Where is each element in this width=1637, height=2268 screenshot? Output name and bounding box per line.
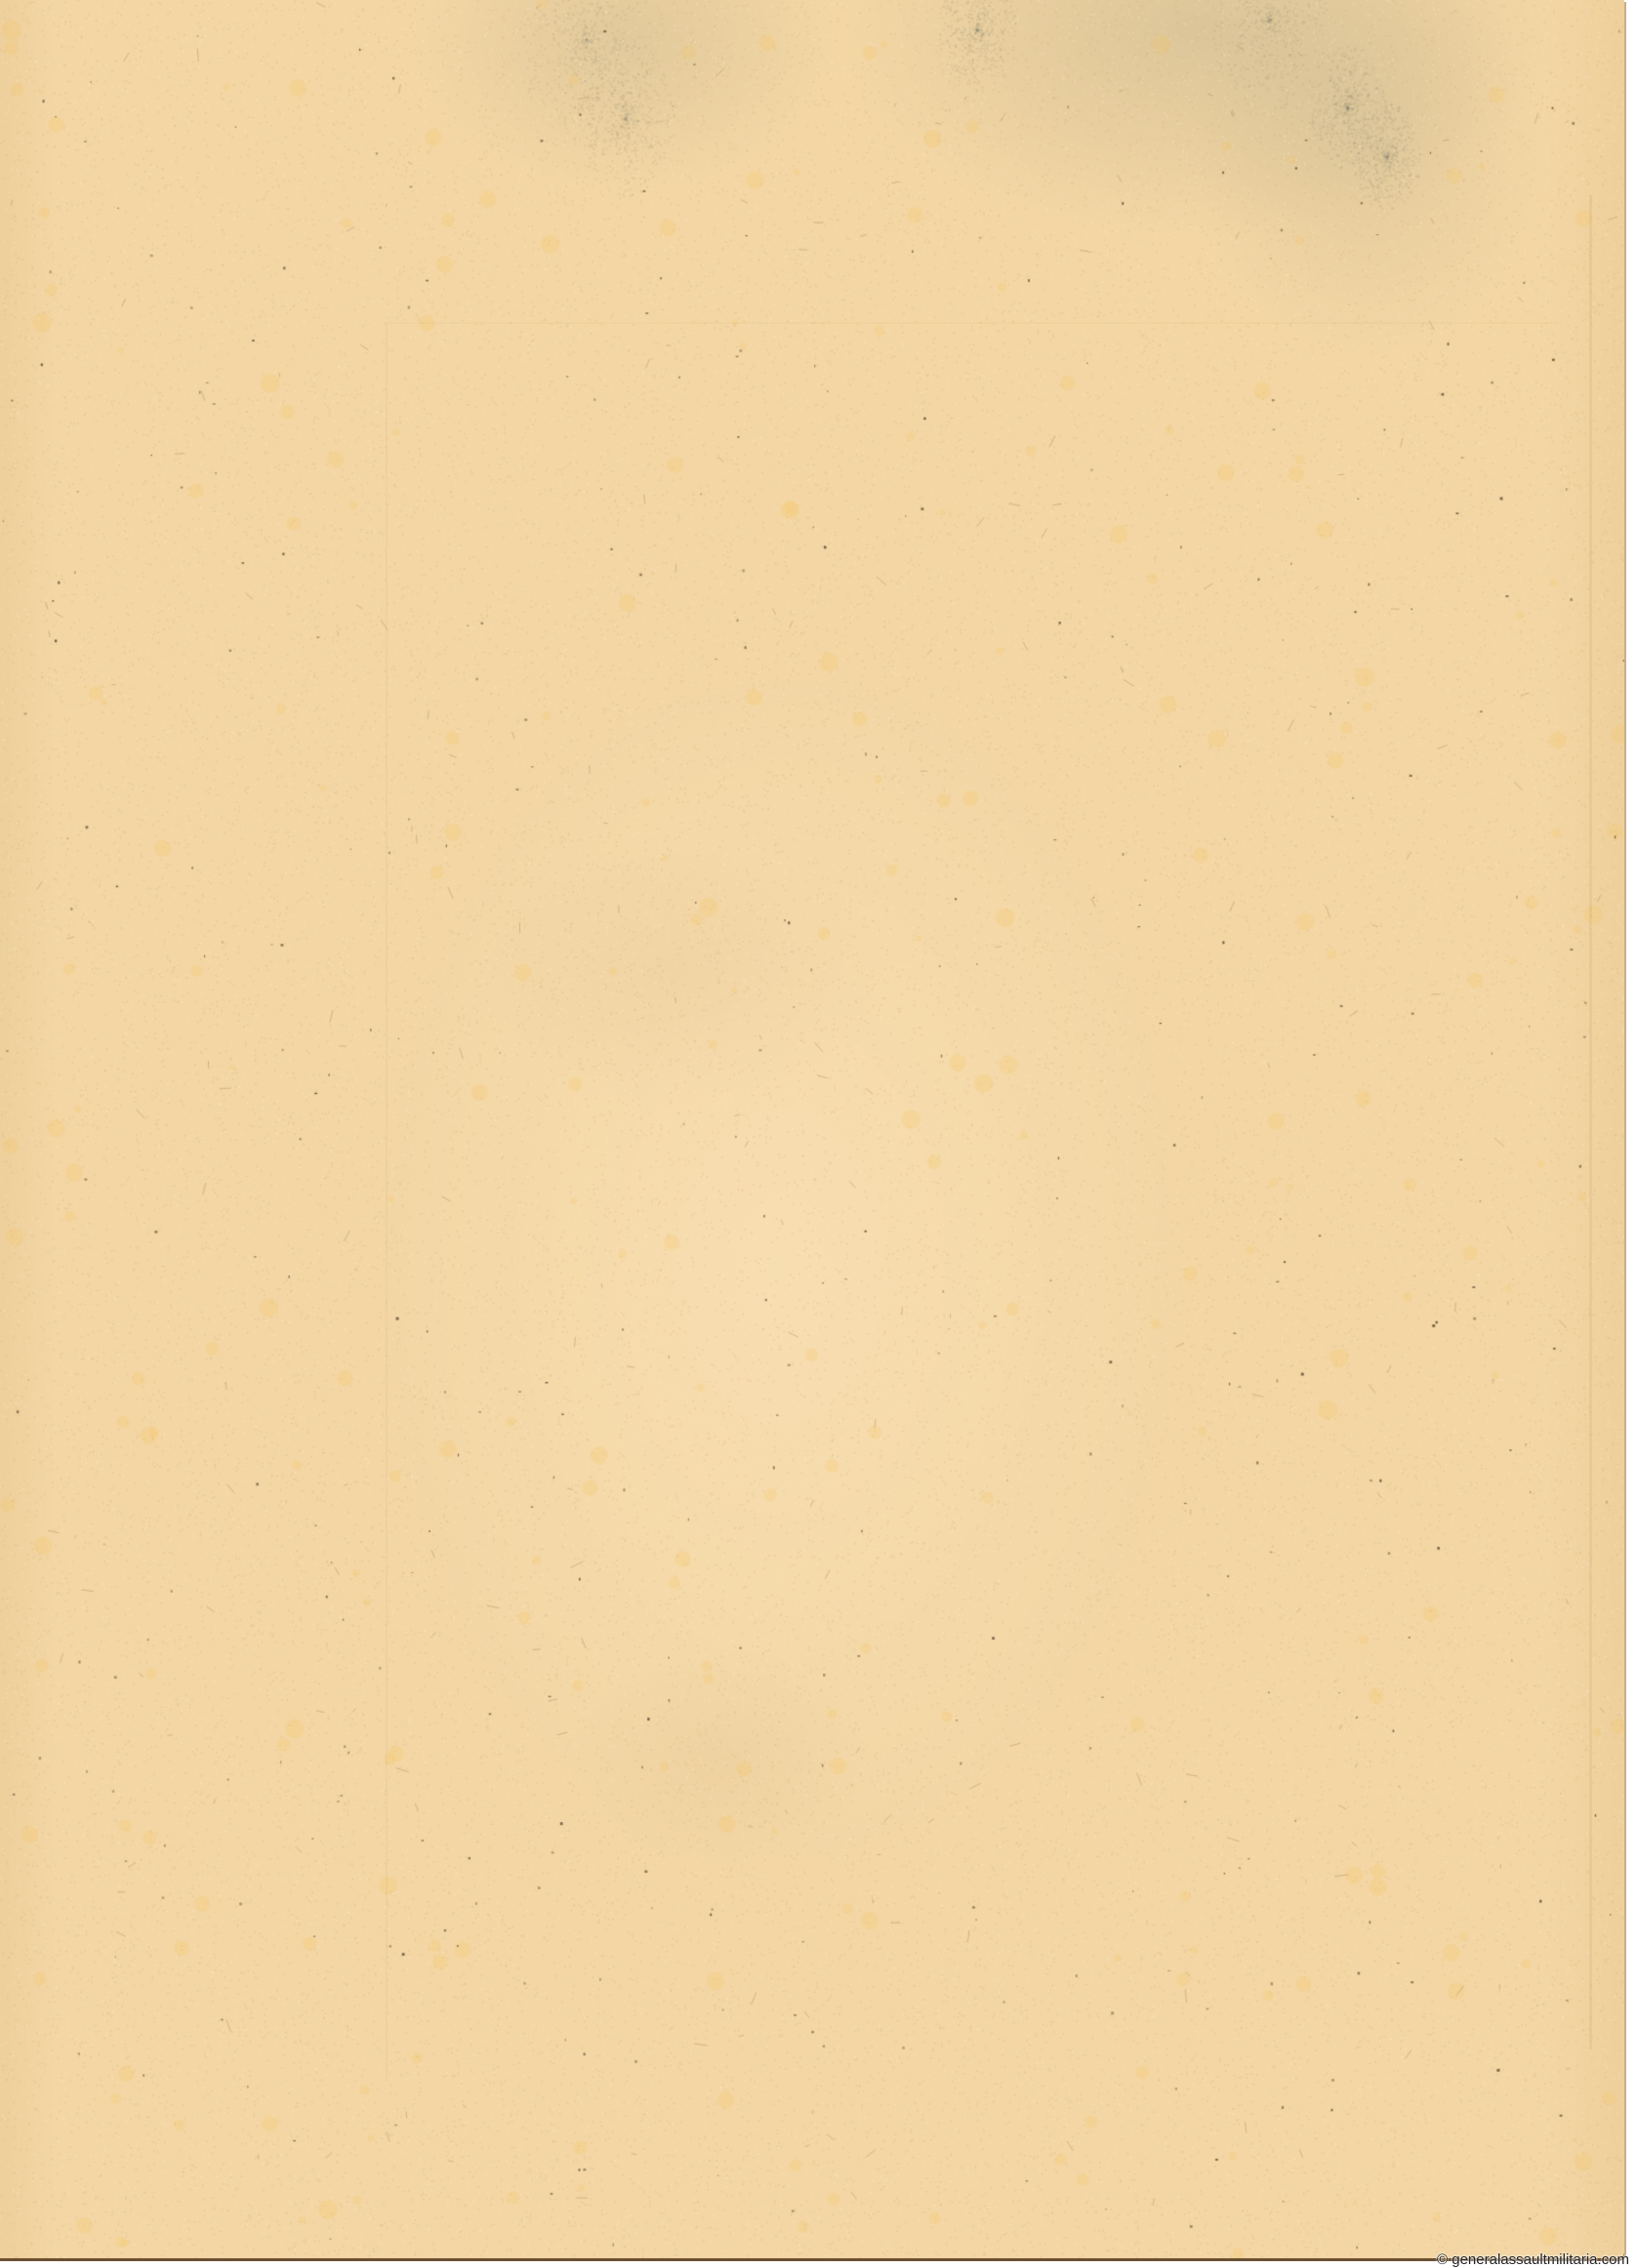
copyright-watermark: © generalassaultmilitaria.com	[1437, 2252, 1629, 2268]
scanned-page: © generalassaultmilitaria.com	[0, 0, 1637, 2268]
paper-texture	[0, 0, 1624, 2258]
edge-fold-line	[1589, 195, 1592, 2049]
aged-paper-sheet	[0, 0, 1624, 2258]
